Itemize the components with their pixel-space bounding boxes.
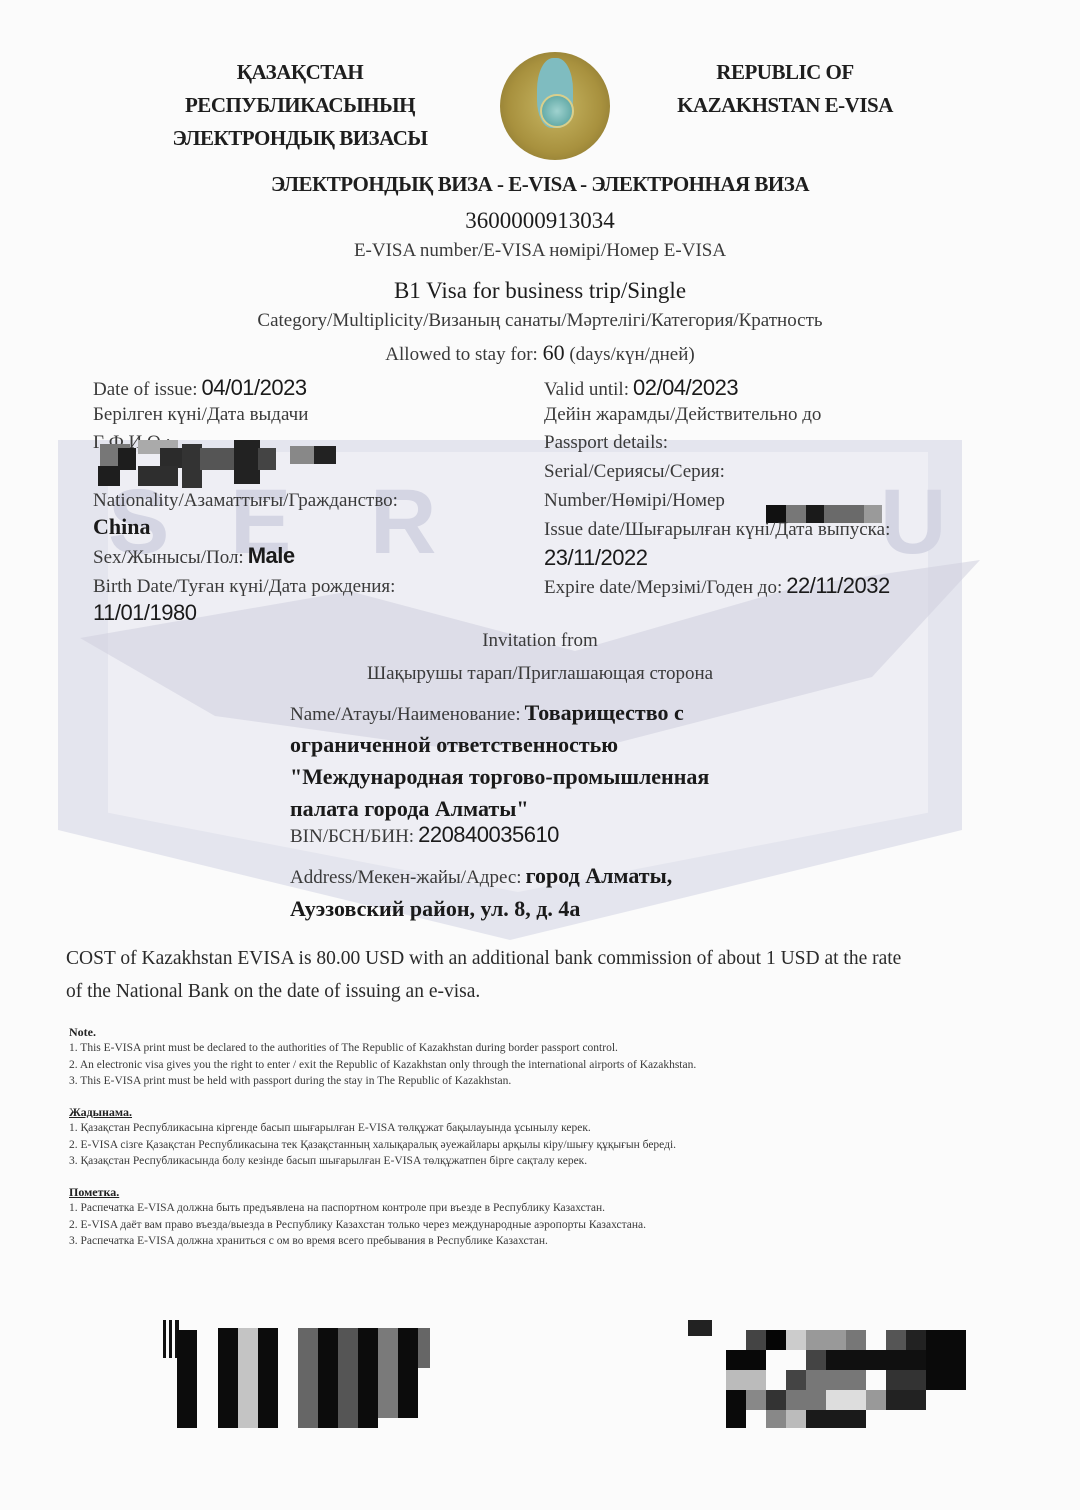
notes-ru: Пометка. 1. Распечатка E-VISA должна быт… xyxy=(69,1185,646,1250)
birth-date-value: 11/01/1980 xyxy=(93,600,196,626)
redaction-block xyxy=(290,446,314,464)
notes-en: Note. 1. This E-VISA print must be decla… xyxy=(69,1025,696,1090)
inviter-bin-value: 220840035610 xyxy=(418,822,559,847)
passport-details-label: Passport details: xyxy=(544,432,668,454)
evisa-number: 3600000913034 xyxy=(0,208,1080,234)
valid-until-row: Valid until: 02/04/2023 xyxy=(544,375,738,401)
nationality-label: Nationality/Азаматтығы/Гражданство: xyxy=(93,490,398,512)
inviter-address-label: Address/Мекен-жайы/Адрес: xyxy=(290,867,522,888)
en-title-line: REPUBLIC OF xyxy=(640,56,930,89)
note-item: 2. E-VISA сізге Қазақстан Республикасына… xyxy=(69,1137,676,1154)
note-item: 1. Распечатка E-VISA должна быть предъяв… xyxy=(69,1200,646,1217)
passport-expire-label: Expire date/Мерзімі/Годен до: xyxy=(544,577,782,598)
inviter-name-line: ограниченной ответственностью xyxy=(290,732,618,757)
redaction-block xyxy=(258,448,276,470)
cost-notice: COST of Kazakhstan EVISA is 80.00 USD wi… xyxy=(66,942,901,1008)
cost-line: of the National Bank on the date of issu… xyxy=(66,975,901,1008)
passport-expire-row: Expire date/Мерзімі/Годен до: 22/11/2032 xyxy=(544,573,890,599)
invitation-title-local: Шақырушы тарап/Приглашающая сторона xyxy=(0,663,1080,685)
kz-title-line: ЭЛЕКТРОНДЫҚ ВИЗАСЫ xyxy=(150,122,450,155)
issue-date-local-label: Берілген күні/Дата выдачи xyxy=(93,404,308,426)
kz-title-line: ҚАЗАҚСТАН xyxy=(150,56,450,89)
inviter-name-line: "Международная торгово-промышленная xyxy=(290,764,709,789)
notes-kz: Жадынама. 1. Қазақстан Республикасына кі… xyxy=(69,1105,676,1170)
watermark-letter: R xyxy=(370,470,436,575)
kz-title-line: РЕСПУБЛИКАСЫНЫҢ xyxy=(150,89,450,122)
note-item: 3. Распечатка E-VISA должна храниться с … xyxy=(69,1233,646,1250)
document-subtitle: ЭЛЕКТРОНДЫҚ ВИЗА - E-VISA - ЭЛЕКТРОННАЯ … xyxy=(0,168,1080,201)
redaction-block xyxy=(160,448,182,468)
evisa-number-label: E-VISA number/E-VISA нөмірі/Номер E-VISA xyxy=(0,240,1080,262)
visa-category: B1 Visa for business trip/Single xyxy=(0,278,1080,304)
inviter-name-label: Name/Атауы/Наименование: xyxy=(290,704,521,725)
passport-number-label: Number/Нөмірі/Номер xyxy=(544,490,725,512)
en-title-line: KAZAKHSTAN E-VISA xyxy=(640,89,930,122)
note-item: 2. E-VISA даёт вам право въезда/выезда в… xyxy=(69,1217,646,1234)
stay-unit: (days/күн/дней) xyxy=(569,344,694,365)
passport-issue-date-value: 23/11/2022 xyxy=(544,545,647,571)
inviter-address: Address/Мекен-жайы/Адрес: город Алматы, … xyxy=(290,861,790,927)
redaction-block xyxy=(98,466,120,486)
redaction-block xyxy=(182,444,202,488)
redaction-block xyxy=(138,466,178,486)
redaction-block xyxy=(314,446,336,464)
inviter-bin-row: BIN/БСН/БИН: 220840035610 xyxy=(290,822,559,848)
header-en-title: REPUBLIC OF KAZAKHSTAN E-VISA xyxy=(640,56,930,122)
passport-serial-label: Serial/Сериясы/Серия: xyxy=(544,461,725,483)
sex-row: Sex/Жынысы/Пол: Male xyxy=(93,543,295,569)
qr-code-redacted-icon xyxy=(688,1320,968,1430)
inviter-name-line: палата города Алматы" xyxy=(290,796,529,821)
nationality-value: China xyxy=(93,514,150,540)
valid-until-value: 02/04/2023 xyxy=(633,375,738,400)
passport-expire-value: 22/11/2032 xyxy=(786,573,889,598)
sex-label: Sex/Жынысы/Пол: xyxy=(93,547,244,568)
redaction-block xyxy=(234,440,260,484)
notes-heading: Пометка. xyxy=(69,1185,646,1200)
valid-until-label: Valid until: xyxy=(544,379,629,400)
redaction-block xyxy=(118,448,136,470)
inviter-bin-label: BIN/БСН/БИН: xyxy=(290,826,414,847)
note-item: 3. This E-VISA print must be held with p… xyxy=(69,1073,696,1090)
notes-heading: Жадынама. xyxy=(69,1105,676,1120)
allowed-stay: Allowed to stay for: 60 (days/күн/дней) xyxy=(0,340,1080,366)
issue-date-value: 04/01/2023 xyxy=(201,375,306,400)
note-item: 3. Қазақстан Республикасында болу кезінд… xyxy=(69,1153,676,1170)
header-kz-title: ҚАЗАҚСТАН РЕСПУБЛИКАСЫНЫҢ ЭЛЕКТРОНДЫҚ ВИ… xyxy=(150,56,450,155)
inviter-address-line: город Алматы, xyxy=(526,863,673,888)
inviter-name-line: Товарищество с xyxy=(525,700,684,725)
redaction-block xyxy=(200,448,234,470)
notes-heading: Note. xyxy=(69,1025,696,1040)
visa-category-label: Category/Multiplicity/Визаның санаты/Мәр… xyxy=(0,310,1080,332)
invitation-title: Invitation from xyxy=(0,630,1080,652)
emblem-sun xyxy=(540,94,574,128)
state-emblem-icon xyxy=(500,52,610,160)
passport-issue-date-label: Issue date/Шығарылған күні/Дата выпуска: xyxy=(544,519,890,541)
stay-days: 60 xyxy=(543,340,565,365)
issue-date-label: Date of issue: xyxy=(93,379,197,400)
barcode-redacted-icon xyxy=(163,1320,433,1428)
note-item: 2. An electronic visa gives you the righ… xyxy=(69,1057,696,1074)
inviter-name: Name/Атауы/Наименование: Товарищество с … xyxy=(290,698,790,826)
note-item: 1. This E-VISA print must be declared to… xyxy=(69,1040,696,1057)
cost-line: COST of Kazakhstan EVISA is 80.00 USD wi… xyxy=(66,942,901,975)
inviter-address-line: Ауэзовский район, ул. 8, д. 4а xyxy=(290,896,580,921)
sex-value: Male xyxy=(248,543,295,568)
note-item: 1. Қазақстан Республикасына кіргенде бас… xyxy=(69,1120,676,1137)
valid-until-local-label: Дейін жарамды/Действительно до xyxy=(544,404,821,426)
birth-date-label: Birth Date/Туған күні/Дата рождения: xyxy=(93,576,395,598)
issue-date-row: Date of issue: 04/01/2023 xyxy=(93,375,307,401)
stay-label: Allowed to stay for: xyxy=(385,344,538,365)
